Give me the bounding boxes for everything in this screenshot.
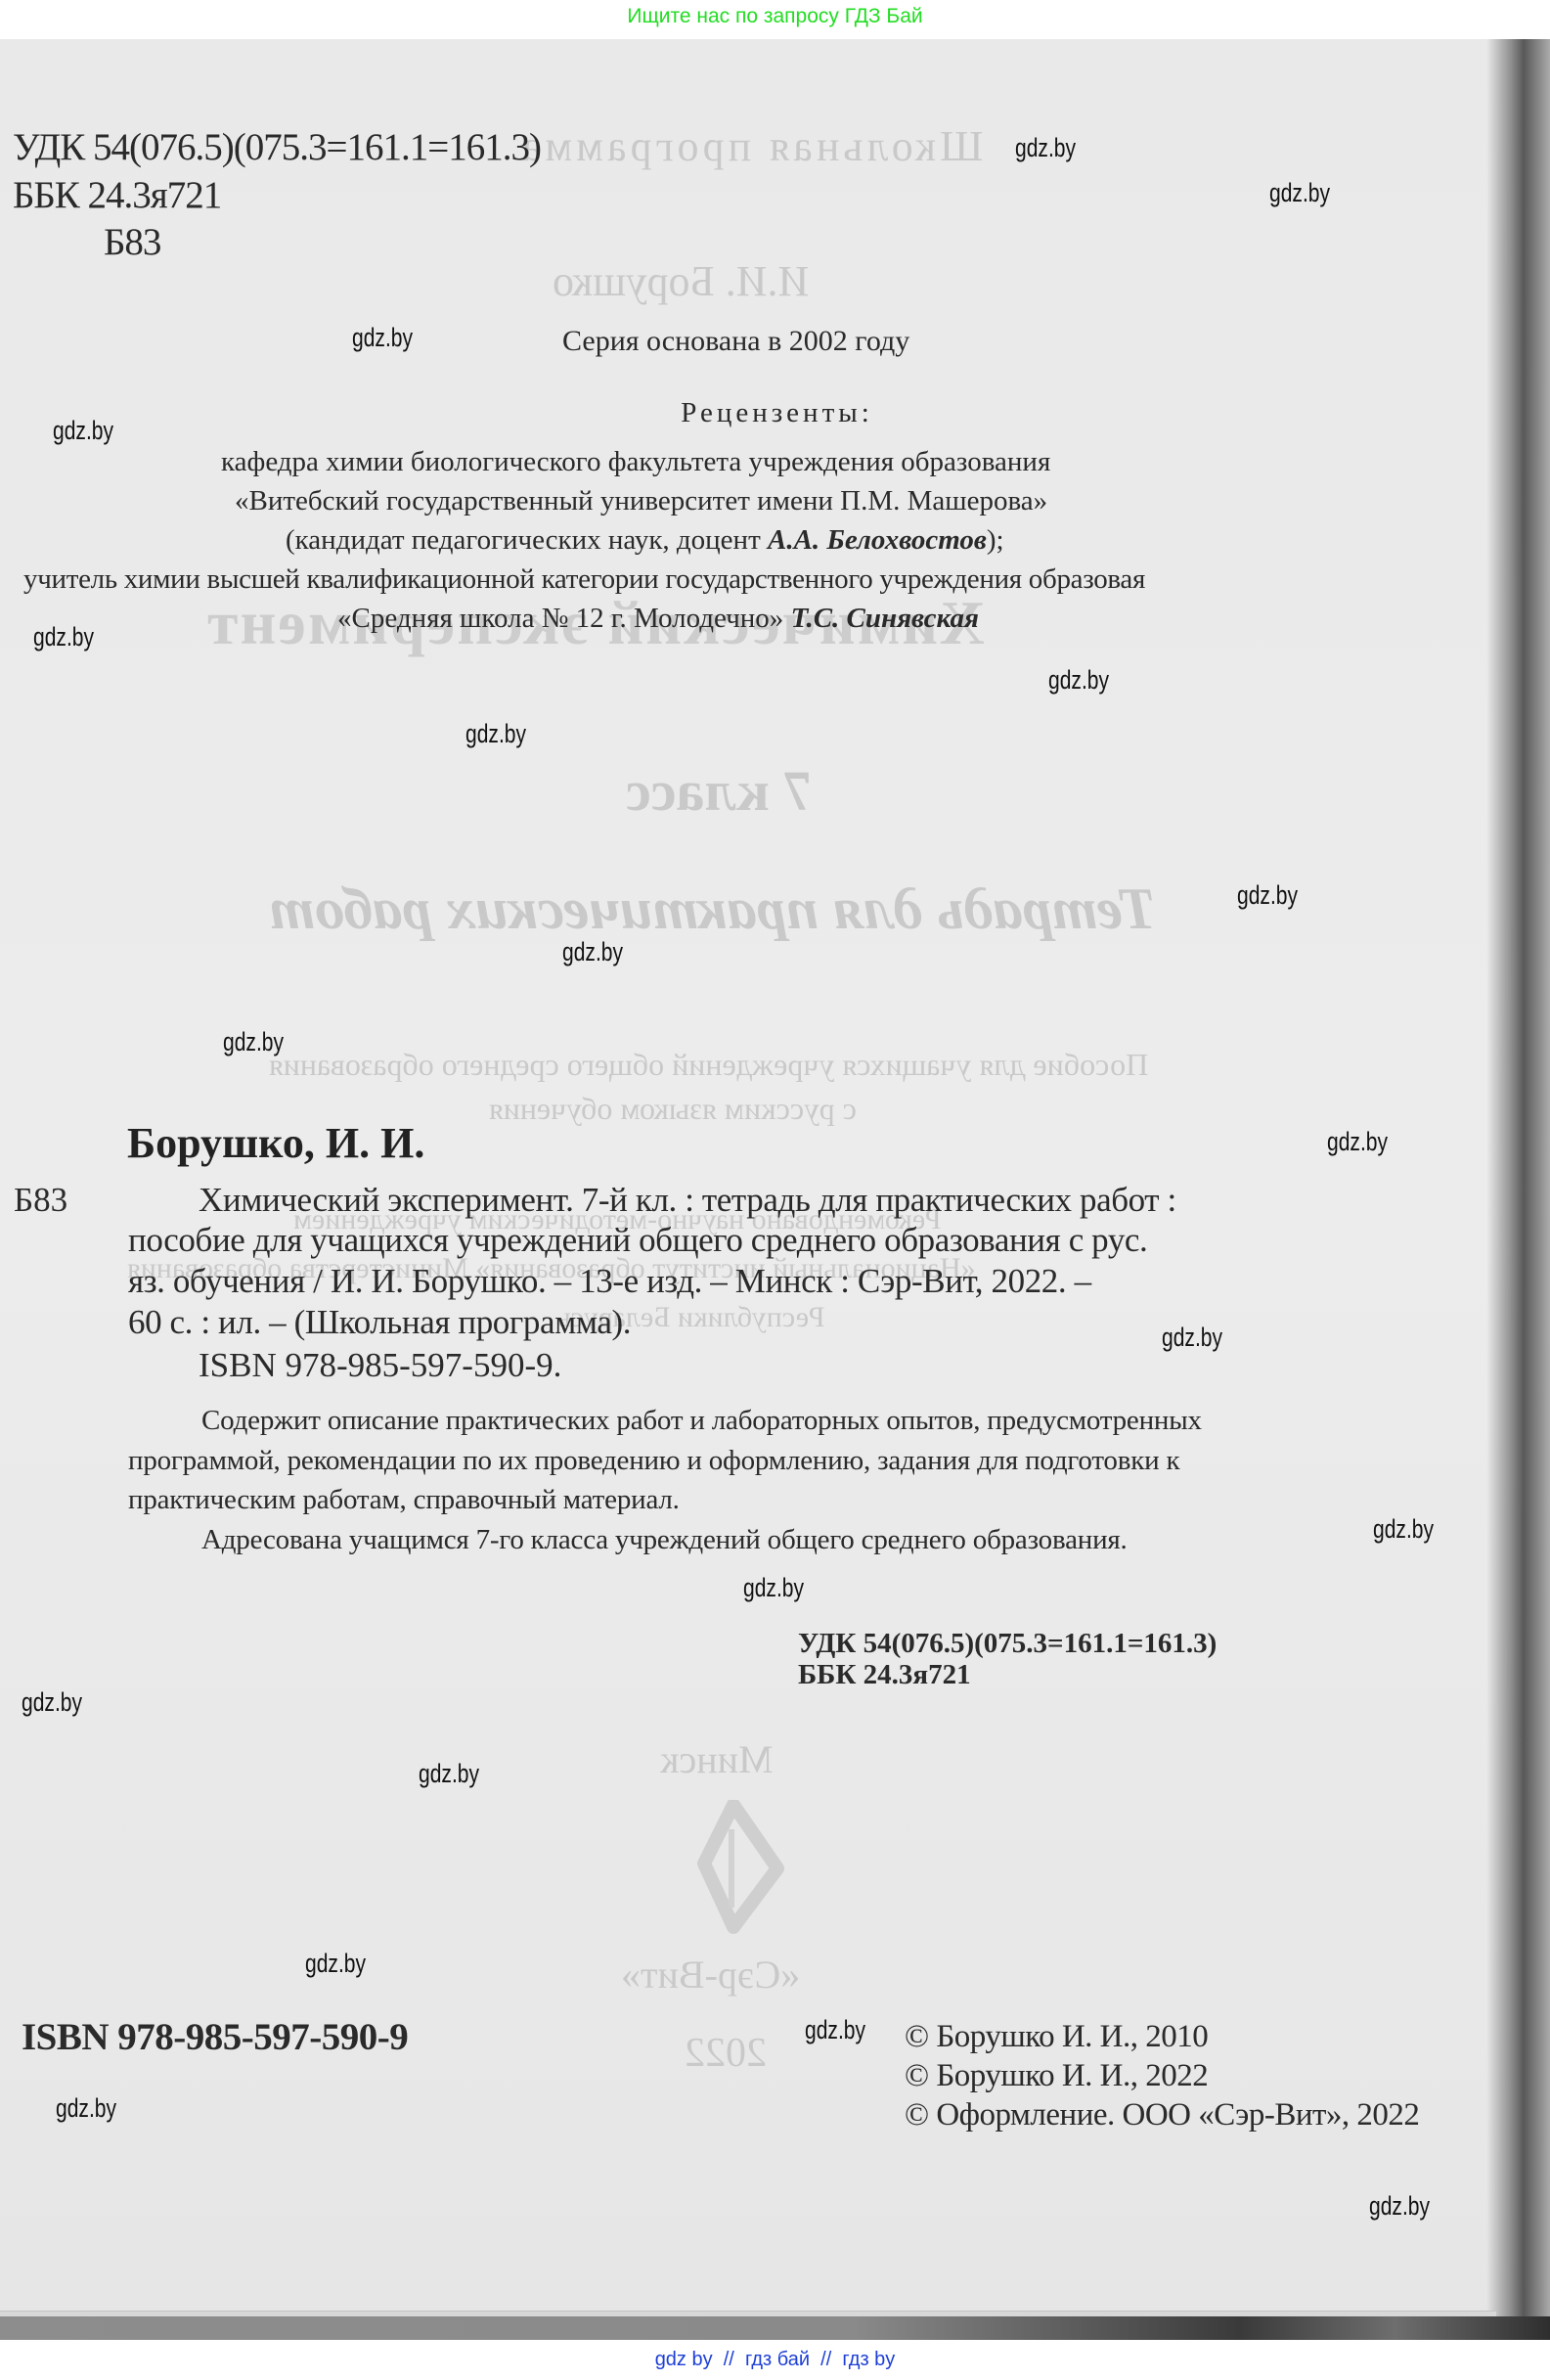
bleed-subtitle: Тетрадь для практических работ — [269, 876, 1156, 943]
annotation-line: программой, рекомендации по их проведени… — [128, 1445, 1179, 1477]
bleed-author: И.И. Борушко — [553, 256, 809, 306]
catalog-line: яз. обучения / И. И. Борушко. – 13-е изд… — [128, 1262, 1091, 1301]
copyright-line: © Борушко И. И., 2022 — [905, 2058, 1208, 2094]
reviewer-line: учитель химии высшей квалификационной ка… — [23, 563, 1145, 596]
catalog-line: пособие для учащихся учреждений общего с… — [128, 1221, 1147, 1260]
catalog-isbn: ISBN 978-985-597-590-9. — [199, 1346, 561, 1385]
watermark: gdz.by — [1237, 880, 1298, 911]
bleed-publisher: «Сэр-Вит» — [621, 1952, 800, 1998]
site-links-text[interactable]: gdz by // гдз бай // гдз by — [0, 2349, 1550, 2371]
isbn-main: ISBN 978-985-597-590-9 — [22, 2015, 408, 2059]
top-banner: Ищите нас по запросу ГДЗ Бай — [0, 0, 1550, 39]
watermark: gdz.by — [56, 2093, 116, 2124]
copyright-line: © Оформление. ООО «Сэр-Вит», 2022 — [905, 2097, 1419, 2133]
watermark: gdz.by — [223, 1027, 284, 1057]
watermark: gdz.by — [305, 1949, 366, 1979]
copyright-line: © Борушко И. И., 2010 — [905, 2019, 1208, 2055]
bleed-grade: 7 класс — [626, 758, 812, 824]
reviewer-line: кафедра химии биологического факультета … — [221, 446, 1050, 478]
audience-line: Адресована учащимся 7-го класса учрежден… — [201, 1524, 1128, 1556]
watermark: gdz.by — [1327, 1127, 1388, 1157]
watermark: gdz.by — [33, 622, 94, 652]
watermark: gdz.by — [1269, 178, 1330, 208]
search-promo-text[interactable]: Ищите нас по запросу ГДЗ Бай — [0, 5, 1550, 28]
bleed-purpose-2: с русским языком обучения — [489, 1091, 857, 1127]
catalog-line: 60 с. : ил. – (Школьная программа). — [128, 1303, 631, 1342]
watermark: gdz.by — [419, 1759, 479, 1789]
watermark: gdz.by — [1015, 133, 1076, 163]
author-mark: Б83 — [104, 220, 160, 264]
reviewer-suffix: ); — [987, 524, 1004, 556]
watermark: gdz.by — [743, 1573, 804, 1603]
watermark: gdz.by — [805, 2015, 865, 2045]
catalog-line: Химический эксперимент. 7-й кл. : тетрад… — [199, 1181, 1176, 1220]
reviewer-line: «Средняя школа № 12 г. Молодечно» Т.С. С… — [337, 603, 979, 635]
reviewer-role: (кандидат педагогических наук, доцент — [286, 524, 768, 556]
watermark: gdz.by — [1373, 1514, 1434, 1545]
reviewer-line: «Витебский государственный университет и… — [235, 485, 1047, 517]
watermark: gdz.by — [1369, 2191, 1430, 2222]
bottom-banner: gdz by // гдз бай // гдз by — [0, 2340, 1550, 2380]
reviewer-line: (кандидат педагогических наук, доцент А.… — [286, 524, 1004, 557]
udk-code: УДК 54(076.5)(075.3=161.1=161.3) — [13, 125, 541, 169]
watermark: gdz.by — [22, 1687, 82, 1718]
scanner-shadow-strip — [0, 2316, 1550, 2340]
bleed-purpose-1: Пособие для учащихся учреждений общего с… — [269, 1047, 1148, 1083]
bleed-series: Школьная программа — [518, 121, 983, 171]
watermark: gdz.by — [1048, 665, 1109, 696]
catalog-author-mark: Б83 — [14, 1181, 67, 1220]
annotation-line: Содержит описание практических работ и л… — [201, 1405, 1202, 1437]
scanned-page: Школьная программа И.И. Борушко Химическ… — [0, 39, 1550, 2340]
watermark: gdz.by — [562, 937, 623, 967]
catalog-author-heading: Борушко, И. И. — [127, 1118, 424, 1168]
reviewer-name: А.А. Белохвостов — [768, 524, 987, 556]
series-note: Серия основана в 2002 году — [562, 325, 909, 358]
bleed-year: 2022 — [685, 2030, 767, 2077]
watermark: gdz.by — [352, 323, 413, 353]
reviewer-school: «Средняя школа № 12 г. Молодечно» — [337, 603, 791, 634]
publisher-logo-icon — [685, 1800, 792, 1937]
reviewers-title: Рецензенты: — [2, 397, 1550, 429]
catalog-udk: УДК 54(076.5)(075.3=161.1=161.3) — [798, 1628, 1217, 1660]
watermark: gdz.by — [465, 719, 526, 749]
catalog-bbk: ББК 24.3я721 — [798, 1659, 971, 1691]
annotation-line: практическим работам, справочный материа… — [128, 1484, 680, 1516]
bleed-city: Минск — [660, 1736, 774, 1782]
bbk-code: ББК 24.3я721 — [13, 173, 221, 217]
watermark: gdz.by — [1162, 1323, 1222, 1353]
reviewer-name: Т.С. Синявская — [791, 603, 979, 634]
watermark: gdz.by — [53, 416, 113, 446]
